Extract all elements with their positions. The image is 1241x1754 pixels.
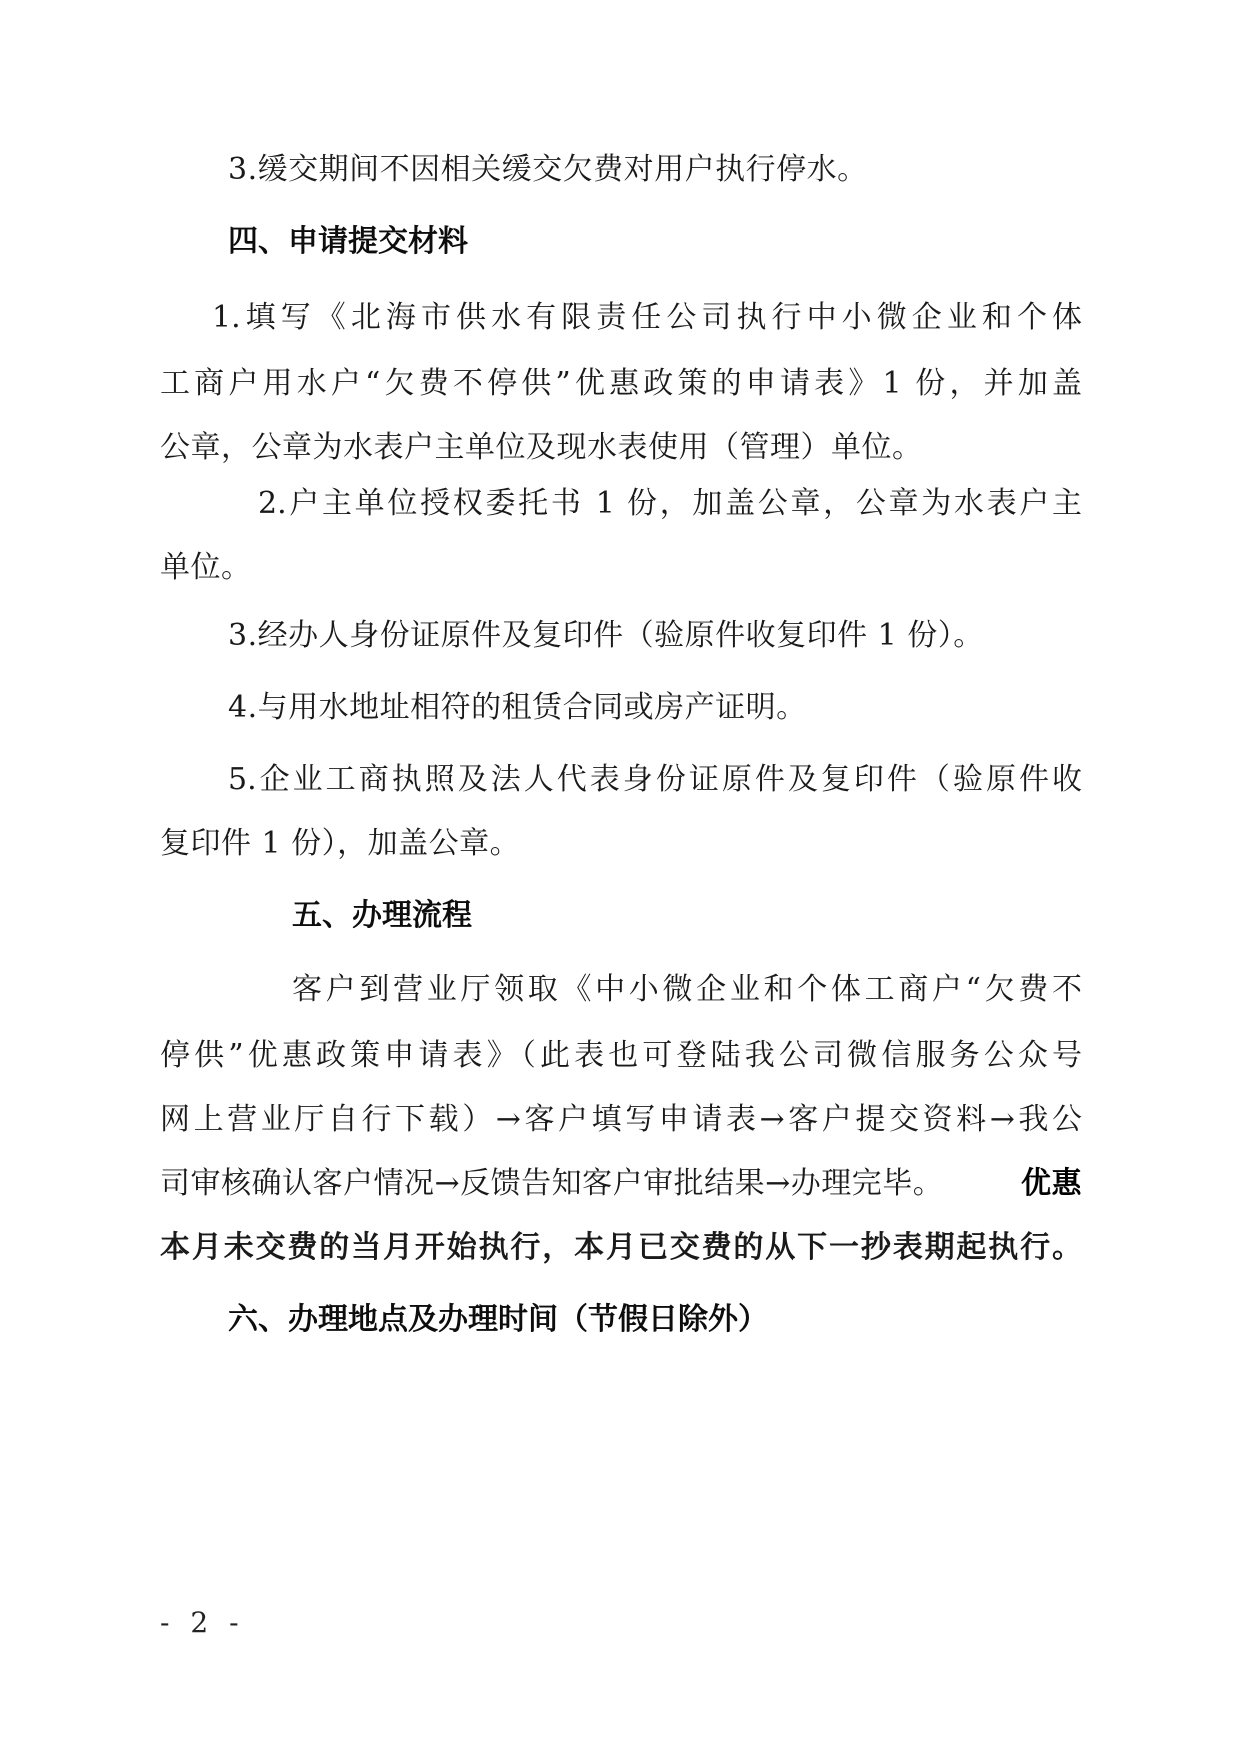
section5-heading: 五、办理流程: [292, 896, 472, 936]
section4-item3: 3.经办人身份证原件及复印件（验原件收复印件 1 份）。: [228, 616, 984, 656]
section4-item5-line1: 5.企业工商执照及法人代表身份证原件及复印件（验原件收: [228, 760, 1082, 800]
section6-heading: 六、办理地点及办理时间（节假日除外）: [228, 1300, 768, 1340]
document-page: 3.缓交期间不因相关缓交欠费对用户执行停水。 四、申请提交材料 1.填写《北海市…: [0, 0, 1241, 1754]
section4-item5-line2: 复印件 1 份），加盖公章。: [160, 824, 520, 864]
section5-line3: 网上营业厅自行下载）→客户填写申请表→客户提交资料→我公: [160, 1100, 1082, 1140]
section4-heading: 四、申请提交材料: [228, 222, 468, 262]
section4-item1-line3: 公章，公章为水表户主单位及现水表使用（管理）单位。: [160, 428, 923, 468]
section5-line1: 客户到营业厅领取《中小微企业和个体工商户“欠费不: [292, 970, 1082, 1010]
section5-line2: 停供”优惠政策申请表》（此表也可登陆我公司微信服务公众号: [160, 1036, 1082, 1076]
section4-item1-line2: 工商户用水户“欠费不停供”优惠政策的申请表》1 份，并加盖: [160, 364, 1082, 404]
section4-item4: 4.与用水地址相符的租赁合同或房产证明。: [228, 688, 807, 728]
section5-line4: 司审核确认客户情况→反馈告知客户审批结果→办理完毕。: [160, 1164, 943, 1204]
section5-bold-line: 本月未交费的当月开始执行，本月已交费的从下一抄表期起执行。: [160, 1228, 1082, 1268]
section4-item2-line2: 单位。: [160, 548, 252, 588]
page-number: - 2 -: [160, 1605, 245, 1641]
section3-item3: 3.缓交期间不因相关缓交欠费对用户执行停水。: [228, 150, 868, 190]
section5-line4-container: 司审核确认客户情况→反馈告知客户审批结果→办理完毕。 优惠: [160, 1164, 1082, 1204]
section5-bold-inline: 优惠: [1021, 1164, 1082, 1204]
section4-item2-line1: 2.户主单位授权委托书 1 份，加盖公章，公章为水表户主: [258, 484, 1082, 524]
section4-item1-line1: 1.填写《北海市供水有限责任公司执行中小微企业和个体: [212, 298, 1082, 338]
